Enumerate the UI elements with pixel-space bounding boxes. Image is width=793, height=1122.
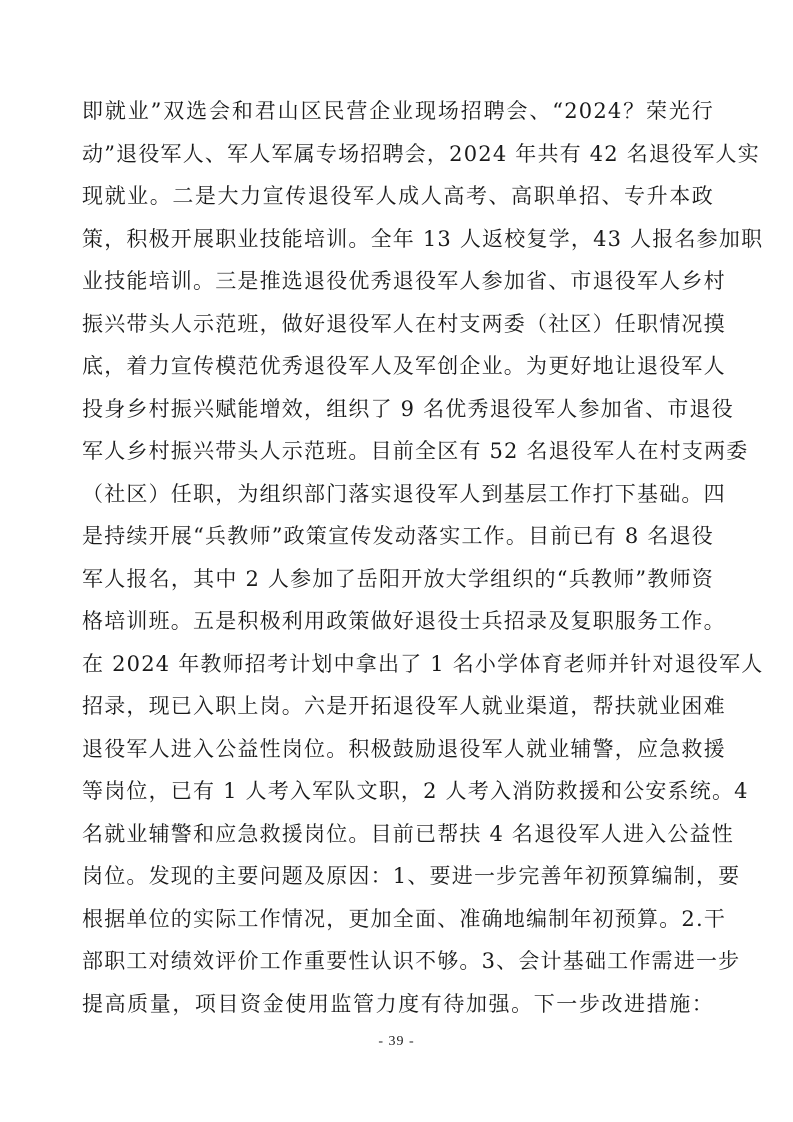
- text-line: 投身乡村振兴赋能增效，组织了 9 名优秀退役军人参加省、市退役: [82, 388, 714, 431]
- text-line: 现就业。二是大力宣传退役军人成人高考、高职单招、专升本政: [82, 175, 714, 218]
- text-line: 动”退役军人、军人军属专场招聘会，2024 年共有 42 名退役军人实: [82, 133, 714, 176]
- text-line: 等岗位，已有 1 人考入军队文职，2 人考入消防救援和公安系统。4: [82, 770, 714, 813]
- text-line: 即就业”双选会和君山区民营企业现场招聘会、“2024？荣光行: [82, 90, 714, 133]
- text-line: （社区）任职，为组织部门落实退役军人到基层工作打下基础。四: [82, 473, 714, 516]
- text-line: 底，着力宣传模范优秀退役军人及军创企业。为更好地让退役军人: [82, 345, 714, 388]
- text-line: 振兴带头人示范班，做好退役军人在村支两委（社区）任职情况摸: [82, 303, 714, 346]
- body-paragraph: 即就业”双选会和君山区民营企业现场招聘会、“2024？荣光行 动”退役军人、军人…: [82, 90, 714, 1025]
- text-line: 退役军人进入公益性岗位。积极鼓励退役军人就业辅警，应急救援: [82, 728, 714, 771]
- text-line: 是持续开展“兵教师”政策宣传发动落实工作。目前已有 8 名退役: [82, 515, 714, 558]
- text-line: 部职工对绩效评价工作重要性认识不够。3、会计基础工作需进一步: [82, 940, 714, 983]
- text-line: 岗位。发现的主要问题及原因：1、要进一步完善年初预算编制，要: [82, 855, 714, 898]
- page-number: - 39 -: [0, 1034, 793, 1050]
- text-line: 根据单位的实际工作情况，更加全面、准确地编制年初预算。2.干: [82, 898, 714, 941]
- text-line: 策，积极开展职业技能培训。全年 13 人返校复学，43 人报名参加职: [82, 218, 714, 261]
- text-line: 军人报名，其中 2 人参加了岳阳开放大学组织的“兵教师”教师资: [82, 558, 714, 601]
- text-line: 业技能培训。三是推选退役优秀退役军人参加省、市退役军人乡村: [82, 260, 714, 303]
- document-page: 即就业”双选会和君山区民营企业现场招聘会、“2024？荣光行 动”退役军人、军人…: [0, 0, 793, 1122]
- text-line: 招录，现已入职上岗。六是开拓退役军人就业渠道，帮扶就业困难: [82, 685, 714, 728]
- text-line: 军人乡村振兴带头人示范班。目前全区有 52 名退役军人在村支两委: [82, 430, 714, 473]
- text-line: 名就业辅警和应急救援岗位。目前已帮扶 4 名退役军人进入公益性: [82, 813, 714, 856]
- text-line: 格培训班。五是积极利用政策做好退役士兵招录及复职服务工作。: [82, 600, 714, 643]
- text-line: 在 2024 年教师招考计划中拿出了 1 名小学体育老师并针对退役军人: [82, 643, 714, 686]
- text-line: 提高质量，项目资金使用监管力度有待加强。下一步改进措施：: [82, 983, 714, 1026]
